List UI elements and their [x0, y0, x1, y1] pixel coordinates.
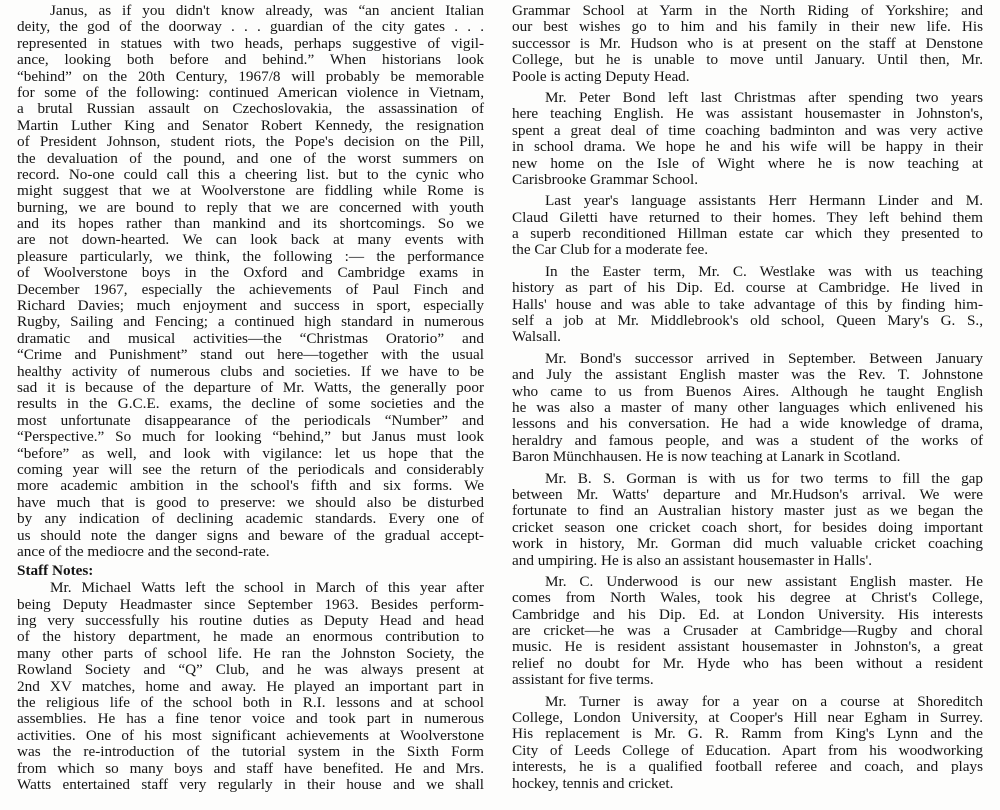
text-line: relief no doubt for Mr. Hyde who has bee… [512, 656, 983, 672]
text-line: and its hopes rather than mankind and it… [17, 216, 484, 232]
text-line: in school drama. We hope he and his wife… [512, 139, 983, 155]
text-line: College, London University, at Cooper's … [512, 710, 983, 726]
text-line: who came to us from Buenos Aires. Althou… [512, 384, 983, 400]
text-line: Martin Luther King and Senator Robert Ke… [17, 118, 484, 134]
text-line: more academic ambition in the school's f… [17, 478, 484, 494]
text-line: Rugby, Sailing and Fencing; a continued … [17, 314, 484, 330]
text-line: the religious life of the school both in… [17, 695, 484, 711]
underwood-paragraph: Mr. C. Underwood is our new assistant En… [512, 574, 983, 689]
text-line: assemblies. He has a fine tenor voice an… [17, 711, 484, 727]
text-line: Mr. Michael Watts left the school in Mar… [17, 580, 484, 596]
text-line: have much that is good to preserve: we s… [17, 495, 484, 511]
text-line: record. No-one could call this a cheerin… [17, 167, 484, 183]
text-line: here teaching English. He was assistant … [512, 106, 983, 122]
text-line: music. He is resident assistant housemas… [512, 639, 983, 655]
text-line: being Deputy Headmaster since September … [17, 597, 484, 613]
text-line: Last year's language assistants Herr Her… [512, 193, 983, 209]
text-line: activities. One of his most significant … [17, 728, 484, 744]
text-line: Cambridge and his Dip. Ed. at London Uni… [512, 607, 983, 623]
text-line: coming year will see the return of the p… [17, 462, 484, 478]
text-line: most unfortunate disappearance of the pe… [17, 413, 484, 429]
text-line: between Mr. Watts' departure and Mr.Huds… [512, 487, 983, 503]
text-line: are cricket—he was a Crusader at Cambrid… [512, 623, 983, 639]
text-line: our best wishes go to him and his family… [512, 19, 983, 35]
text-line: “Crime and Punishment” stand out here—to… [17, 347, 484, 363]
text-line: hockey, tennis and cricket. [512, 776, 983, 792]
text-line: Mr. Turner is away for a year on a cours… [512, 694, 983, 710]
text-line: ance, looking both before and behind.” W… [17, 52, 484, 68]
text-line: might suggest that we at Woolverstone ar… [17, 183, 484, 199]
text-line: from which so many boys and staff have b… [17, 761, 484, 777]
bond-paragraph: Mr. Peter Bond left last Christmas after… [512, 90, 983, 188]
left-column: Janus, as if you didn't know already, wa… [17, 3, 484, 793]
text-line: Grammar School at Yarm in the North Ridi… [512, 3, 983, 19]
watts-continued-paragraph: Grammar School at Yarm in the North Ridi… [512, 3, 983, 85]
text-line: “Perspective.” So much for looking “behi… [17, 429, 484, 445]
text-line: Richard Davies; much enjoyment and succe… [17, 298, 484, 314]
text-line: us should note the danger signs and bewa… [17, 528, 484, 544]
text-line: the devaluation of the pound, and one of… [17, 151, 484, 167]
westlake-paragraph: In the Easter term, Mr. C. Westlake was … [512, 264, 983, 346]
text-line: Janus, as if you didn't know already, wa… [17, 3, 484, 19]
text-line: for some of the following: continued Ame… [17, 85, 484, 101]
text-line: of Woolverstone boys in the Oxford and C… [17, 265, 484, 281]
text-line: of the history department, he made an en… [17, 629, 484, 645]
text-line: lessons and his conversation. He had a w… [512, 416, 983, 432]
text-line: the Car Club for a moderate fee. [512, 242, 983, 258]
text-line: and July the assistant English master wa… [512, 367, 983, 383]
text-line: Mr. Bond's successor arrived in Septembe… [512, 351, 983, 367]
language-assistants-paragraph: Last year's language assistants Herr Her… [512, 193, 983, 259]
text-line: burning, we are bound to reply that we a… [17, 200, 484, 216]
text-line: Poole is acting Deputy Head. [512, 69, 983, 85]
text-line: Claud Giletti have returned to their hom… [512, 210, 983, 226]
text-line: City of Leeds College of Education. Apar… [512, 743, 983, 759]
text-line: assistant for five terms. [512, 672, 983, 688]
text-line: self a job at Mr. Middlebrook's old scho… [512, 313, 983, 329]
text-line: Mr. B. S. Gorman is with us for two term… [512, 471, 983, 487]
text-line: Mr. C. Underwood is our new assistant En… [512, 574, 983, 590]
text-line: was the re-introduction of the tutorial … [17, 744, 484, 760]
text-line: successor is Mr. Hudson who is at presen… [512, 36, 983, 52]
text-line: “behind” on the 20th Century, 1967/8 wil… [17, 69, 484, 85]
text-line: Watts entertained staff very regularly i… [17, 777, 484, 793]
text-line: December 1967, especially the achievemen… [17, 282, 484, 298]
text-line: a superb reconditioned Hillman estate ca… [512, 226, 983, 242]
text-line: His replacement is Mr. G. R. Ramm from K… [512, 726, 983, 742]
text-line: interests, he is a qualified football re… [512, 759, 983, 775]
text-line: by any indication of declining academic … [17, 511, 484, 527]
text-line: Rowland Society and “Q” Club, and he was… [17, 662, 484, 678]
text-line: healthy activity of numerous clubs and s… [17, 364, 484, 380]
gorman-paragraph: Mr. B. S. Gorman is with us for two term… [512, 471, 983, 569]
text-line: new home on the Isle of Wight where he i… [512, 156, 983, 172]
text-line: In the Easter term, Mr. C. Westlake was … [512, 264, 983, 280]
staff-notes-heading: Staff Notes: [17, 562, 484, 580]
intro-paragraph: Janus, as if you didn't know already, wa… [17, 3, 484, 560]
text-line: Mr. Peter Bond left last Christmas after… [512, 90, 983, 106]
text-line: ance of the mediocre and the second-rate… [17, 544, 484, 560]
johnstone-paragraph: Mr. Bond's successor arrived in Septembe… [512, 351, 983, 466]
text-line: “before” as well, and look with vigilanc… [17, 446, 484, 462]
text-line: pleasure particularly, we think, the fol… [17, 249, 484, 265]
text-line: Baron Münchhausen. He is now teaching at… [512, 449, 983, 465]
text-line: work in history, Mr. Gorman did much val… [512, 536, 983, 552]
right-column: Grammar School at Yarm in the North Ridi… [512, 3, 983, 792]
text-line: Carisbrooke Grammar School. [512, 172, 983, 188]
text-line: 2nd XV matches, home and away. He played… [17, 679, 484, 695]
text-line: fortunate to find an Australian history … [512, 503, 983, 519]
text-line: many other parts of school life. He ran … [17, 646, 484, 662]
text-line: and umpiring. He is also an assistant ho… [512, 553, 983, 569]
text-line: Halls' house and was able to take advant… [512, 297, 983, 313]
text-line: ing very successfully his routine duties… [17, 613, 484, 629]
text-line: results in the G.C.E. exams, the decline… [17, 396, 484, 412]
text-line: he was also a master of many other langu… [512, 400, 983, 416]
text-line: history as part of his Dip. Ed. course a… [512, 280, 983, 296]
text-line: deity, the god of the doorway . . . guar… [17, 19, 484, 35]
text-line: College, but he is unable to move until … [512, 52, 983, 68]
text-line: are not down-hearted. We can look back a… [17, 232, 484, 248]
text-line: Walsall. [512, 329, 983, 345]
text-line: represented in statues with two heads, p… [17, 36, 484, 52]
text-line: a brutal Russian assault on Czechoslovak… [17, 101, 484, 117]
text-line: comes from North Wales, took his degree … [512, 590, 983, 606]
text-line: spent a great deal of time coaching badm… [512, 123, 983, 139]
text-line: dramatic and musical activities—the “Chr… [17, 331, 484, 347]
watts-paragraph: Mr. Michael Watts left the school in Mar… [17, 580, 484, 793]
text-line: of President Johnson, student riots, the… [17, 134, 484, 150]
text-line: cricket season one cricket coach short, … [512, 520, 983, 536]
text-line: heraldry and famous people, and was a st… [512, 433, 983, 449]
text-line: sad it is because of the departure of Mr… [17, 380, 484, 396]
turner-paragraph: Mr. Turner is away for a year on a cours… [512, 694, 983, 792]
document-page: Janus, as if you didn't know already, wa… [0, 0, 1000, 810]
